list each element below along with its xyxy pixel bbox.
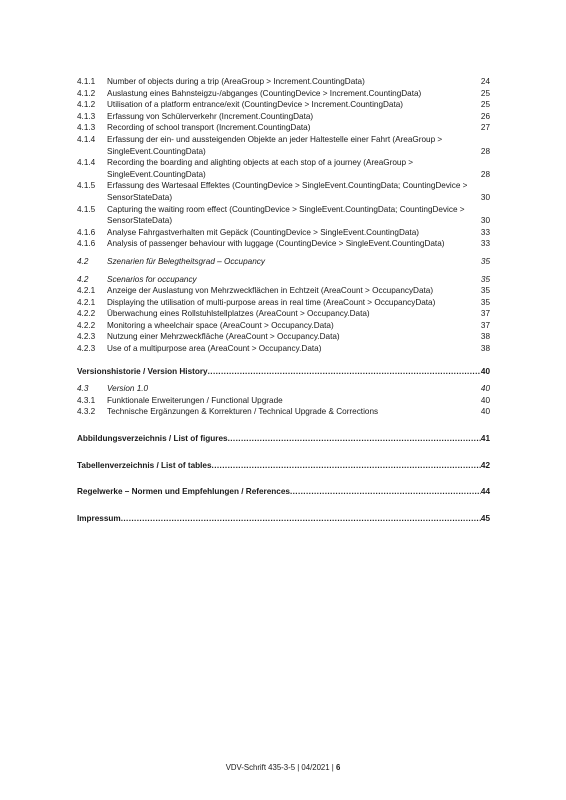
- toc-main-entry[interactable]: Impressum45: [77, 513, 490, 525]
- toc-entry-title: Utilisation of a platform entrance/exit …: [107, 99, 476, 111]
- toc-entry-title: Version 1.0: [107, 383, 476, 395]
- toc-entry[interactable]: 4.2.2Überwachung eines Rollstuhlstellpla…: [77, 308, 490, 320]
- toc-entry-title: Monitoring a wheelchair space (AreaCount…: [107, 320, 476, 332]
- toc-entry-page: 30: [476, 215, 490, 227]
- table-of-contents: 4.1.1Number of objects during a trip (Ar…: [77, 76, 490, 524]
- toc-entry[interactable]: 4.1.6Analysis of passenger behaviour wit…: [77, 238, 490, 250]
- toc-entry-title: Anzeige der Auslastung von Mehrzweckfläc…: [107, 285, 476, 297]
- toc-entry[interactable]: 4.3.2Technische Ergänzungen & Korrekture…: [77, 406, 490, 418]
- toc-entry-title: Analysis of passenger behaviour with lug…: [107, 238, 476, 250]
- toc-entry[interactable]: 4.2.3Nutzung einer Mehrzweckfläche (Area…: [77, 331, 490, 343]
- toc-entry-number: 4.1.4: [77, 134, 107, 146]
- toc-entry-title-continuation: SingleEvent.CountingData): [107, 146, 472, 158]
- toc-entry-title-text: Recording the boarding and alighting obj…: [107, 158, 413, 167]
- toc-entry-title-text: Use of a multipurpose area (AreaCount > …: [107, 344, 321, 353]
- toc-entry-title: Technische Ergänzungen & Korrekturen / T…: [107, 406, 476, 418]
- toc-entry[interactable]: 4.1.3Recording of school transport (Incr…: [77, 122, 490, 134]
- toc-entry-title-text: Monitoring a wheelchair space (AreaCount…: [107, 321, 334, 330]
- toc-entry-title: Recording of school transport (Increment…: [107, 122, 476, 134]
- toc-entry-title-text: Analysis of passenger behaviour with lug…: [107, 239, 444, 248]
- toc-entry-title: Szenarien für Belegtheitsgrad – Occupanc…: [107, 256, 476, 268]
- dot-leader: [121, 513, 481, 525]
- toc-entry-number: 4.1.3: [77, 111, 107, 123]
- toc-entry-title-continuation: SensorStateData): [107, 192, 472, 204]
- toc-entry-page: 27: [476, 122, 490, 134]
- toc-entry-page: 33: [476, 238, 490, 250]
- toc-entry-page: 37: [476, 308, 490, 320]
- dot-leader: [290, 486, 481, 498]
- toc-entry-title-text: Erfassung von Schülerverkehr (Increment.…: [107, 112, 313, 121]
- toc-entry-title: Recording the boarding and alighting obj…: [107, 157, 476, 180]
- dot-leader: [228, 433, 481, 445]
- toc-entry-number: 4.2.3: [77, 331, 107, 343]
- toc-main-entry[interactable]: Tabellenverzeichnis / List of tables42: [77, 460, 490, 472]
- toc-entry[interactable]: 4.2.3Use of a multipurpose area (AreaCou…: [77, 343, 490, 355]
- toc-entry-page: 35: [476, 274, 490, 286]
- toc-entry-number: 4.2: [77, 274, 107, 286]
- toc-entry[interactable]: 4.1.4Recording the boarding and alightin…: [77, 157, 490, 180]
- toc-entry-title: Tabellenverzeichnis / List of tables: [77, 460, 212, 472]
- dot-leader: [212, 460, 481, 472]
- toc-entry-page: 25: [476, 88, 490, 100]
- toc-entry-title: Erfassung von Schülerverkehr (Increment.…: [107, 111, 476, 123]
- toc-entry-page: 40: [481, 366, 490, 378]
- toc-main-entry[interactable]: Abbildungsverzeichnis / List of figures4…: [77, 433, 490, 445]
- toc-entry[interactable]: 4.1.2Utilisation of a platform entrance/…: [77, 99, 490, 111]
- toc-entry-title: Number of objects during a trip (AreaGro…: [107, 76, 476, 88]
- toc-entry-number: 4.2.1: [77, 285, 107, 297]
- toc-entry-title-text: Recording of school transport (Increment…: [107, 123, 310, 132]
- toc-entry-page: 33: [476, 227, 490, 239]
- toc-entry-page: 28: [476, 146, 490, 158]
- toc-entry-title: Funktionale Erweiterungen / Functional U…: [107, 395, 476, 407]
- toc-entry-title: Nutzung einer Mehrzweckfläche (AreaCount…: [107, 331, 476, 343]
- toc-entry-number: 4.3.1: [77, 395, 107, 407]
- toc-entry-title-text: Capturing the waiting room effect (Count…: [107, 205, 465, 214]
- toc-entry[interactable]: 4.2.2Monitoring a wheelchair space (Area…: [77, 320, 490, 332]
- toc-entry-4-2-de[interactable]: 4.2 Szenarien für Belegtheitsgrad – Occu…: [77, 256, 490, 268]
- toc-entry-page: 41: [481, 433, 490, 445]
- dot-leader: [208, 366, 481, 378]
- footer-page-number: 6: [336, 763, 340, 772]
- toc-entry-page: 35: [476, 285, 490, 297]
- toc-entry-title: Überwachung eines Rollstuhlstellplatzes …: [107, 308, 476, 320]
- toc-entry-number: 4.2.2: [77, 308, 107, 320]
- toc-entry-page: 28: [476, 169, 490, 181]
- toc-entry-title: Displaying the utilisation of multi-purp…: [107, 297, 476, 309]
- toc-entry[interactable]: 4.2.1Displaying the utilisation of multi…: [77, 297, 490, 309]
- toc-entry-title: Abbildungsverzeichnis / List of figures: [77, 433, 228, 445]
- toc-entry-title: Capturing the waiting room effect (Count…: [107, 204, 476, 227]
- toc-entry[interactable]: 4.1.1Number of objects during a trip (Ar…: [77, 76, 490, 88]
- toc-entry-title: Erfassung des Wartesaal Effektes (Counti…: [107, 180, 476, 203]
- toc-entry-page: 40: [476, 395, 490, 407]
- footer-document-id: VDV-Schrift 435-3-5 | 04/2021 |: [226, 763, 336, 772]
- toc-entry-number: 4.2.2: [77, 320, 107, 332]
- toc-entry-title: Versionshistorie / Version History: [77, 366, 208, 378]
- toc-entry-title-text: Technische Ergänzungen & Korrekturen / T…: [107, 407, 378, 416]
- toc-entry-title: Regelwerke – Normen und Empfehlungen / R…: [77, 486, 290, 498]
- toc-entry-number: 4.1.6: [77, 238, 107, 250]
- toc-entry-page: 45: [481, 513, 490, 525]
- toc-entry-number: 4.1.2: [77, 99, 107, 111]
- toc-entry-title: Use of a multipurpose area (AreaCount > …: [107, 343, 476, 355]
- toc-entry[interactable]: 4.1.5Capturing the waiting room effect (…: [77, 204, 490, 227]
- toc-entry-page: 35: [476, 256, 490, 268]
- toc-entry[interactable]: 4.3.1Funktionale Erweiterungen / Functio…: [77, 395, 490, 407]
- document-page: 4.1.1Number of objects during a trip (Ar…: [0, 0, 566, 800]
- toc-entry-title: Scenarios for occupancy: [107, 274, 476, 286]
- toc-entry-title-continuation: SensorStateData): [107, 215, 472, 227]
- toc-entry-4-3[interactable]: 4.3 Version 1.0 40: [77, 383, 490, 395]
- toc-entry-page: 30: [476, 192, 490, 204]
- toc-entry-title-text: Displaying the utilisation of multi-purp…: [107, 298, 435, 307]
- toc-entry-title-text: Erfassung der ein- und aussteigenden Obj…: [107, 135, 442, 144]
- toc-entry[interactable]: 4.1.2Auslastung eines Bahnsteigzu-/abgan…: [77, 88, 490, 100]
- toc-entry-title: Auslastung eines Bahnsteigzu-/abganges (…: [107, 88, 476, 100]
- page-footer: VDV-Schrift 435-3-5 | 04/2021 | 6: [0, 763, 566, 772]
- toc-entry-number: 4.2.3: [77, 343, 107, 355]
- toc-entry[interactable]: 4.1.3Erfassung von Schülerverkehr (Incre…: [77, 111, 490, 123]
- toc-entry[interactable]: 4.1.5Erfassung des Wartesaal Effektes (C…: [77, 180, 490, 203]
- toc-entry-page: 42: [481, 460, 490, 472]
- toc-entry-number: 4.3.2: [77, 406, 107, 418]
- toc-entry-title-text: Nutzung einer Mehrzweckfläche (AreaCount…: [107, 332, 340, 341]
- toc-entry-number: 4.1.1: [77, 76, 107, 88]
- toc-entry-title: Erfassung der ein- und aussteigenden Obj…: [107, 134, 476, 157]
- toc-entry-title: Impressum: [77, 513, 121, 525]
- toc-entry-title-text: Anzeige der Auslastung von Mehrzweckfläc…: [107, 286, 433, 295]
- toc-entry[interactable]: 4.2.1Anzeige der Auslastung von Mehrzwec…: [77, 285, 490, 297]
- toc-entry-title: Analyse Fahrgastverhalten mit Gepäck (Co…: [107, 227, 476, 239]
- toc-entry-title-text: Überwachung eines Rollstuhlstellplatzes …: [107, 309, 370, 318]
- toc-entry-title-text: Auslastung eines Bahnsteigzu-/abganges (…: [107, 89, 421, 98]
- toc-entry-title-continuation: SingleEvent.CountingData): [107, 169, 472, 181]
- toc-entry-title-text: Analyse Fahrgastverhalten mit Gepäck (Co…: [107, 228, 419, 237]
- toc-entry-title-text: Utilisation of a platform entrance/exit …: [107, 100, 403, 109]
- toc-entry-title-text: Number of objects during a trip (AreaGro…: [107, 77, 365, 86]
- toc-entry[interactable]: 4.1.4Erfassung der ein- und aussteigende…: [77, 134, 490, 157]
- toc-entry-number: 4.2.1: [77, 297, 107, 309]
- toc-entry-number: 4.1.5: [77, 180, 107, 192]
- toc-main-entries: Abbildungsverzeichnis / List of figures4…: [77, 418, 490, 524]
- toc-entry-page: 40: [476, 406, 490, 418]
- toc-entry-version-history[interactable]: Versionshistorie / Version History 40: [77, 366, 490, 378]
- toc-entry-page: 26: [476, 111, 490, 123]
- toc-entry-page: 37: [476, 320, 490, 332]
- toc-entry-page: 25: [476, 99, 490, 111]
- toc-entry-page: 38: [476, 343, 490, 355]
- toc-entry-number: 4.1.6: [77, 227, 107, 239]
- toc-entry-page: 35: [476, 297, 490, 309]
- toc-entry-number: 4.2: [77, 256, 107, 268]
- toc-entry-page: 44: [481, 486, 490, 498]
- toc-entry-page: 40: [476, 383, 490, 395]
- toc-group-4-3: 4.3.1Funktionale Erweiterungen / Functio…: [77, 395, 490, 418]
- toc-entry-number: 4.1.5: [77, 204, 107, 216]
- toc-entry-page: 38: [476, 331, 490, 343]
- toc-entry-page: 24: [476, 76, 490, 88]
- toc-entry-number: 4.3: [77, 383, 107, 395]
- toc-entry[interactable]: 4.1.6Analyse Fahrgastverhalten mit Gepäc…: [77, 227, 490, 239]
- toc-entry-title-text: Erfassung des Wartesaal Effektes (Counti…: [107, 181, 467, 190]
- toc-entry-4-2-en[interactable]: 4.2 Scenarios for occupancy 35: [77, 274, 490, 286]
- toc-group-4-1: 4.1.1Number of objects during a trip (Ar…: [77, 76, 490, 250]
- toc-entry-number: 4.1.3: [77, 122, 107, 134]
- toc-group-4-2: 4.2.1Anzeige der Auslastung von Mehrzwec…: [77, 285, 490, 355]
- toc-entry-number: 4.1.4: [77, 157, 107, 169]
- toc-entry-title-text: Funktionale Erweiterungen / Functional U…: [107, 396, 283, 405]
- toc-entry-number: 4.1.2: [77, 88, 107, 100]
- toc-main-entry[interactable]: Regelwerke – Normen und Empfehlungen / R…: [77, 486, 490, 498]
